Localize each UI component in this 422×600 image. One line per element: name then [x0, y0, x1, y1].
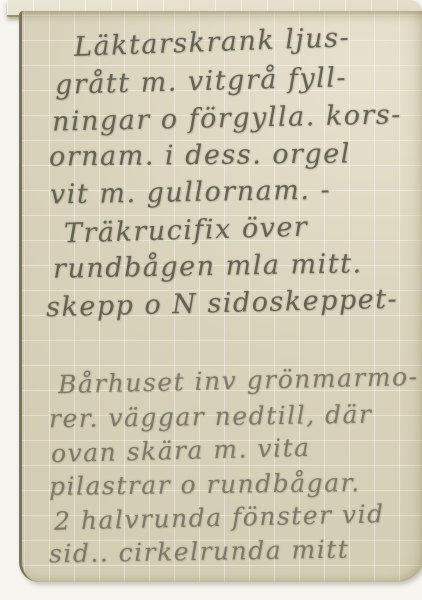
scanned-notebook-photo: Läktarskrank ljus- grått m. vitgrå fyll-… [0, 0, 422, 600]
handwriting-line: 2 halvrunda fönster vid [54, 499, 385, 535]
handwriting-line: Bårhuset inv grönmarmo- [58, 362, 419, 399]
handwriting-line: grått m. vitgrå fyll- [55, 62, 348, 101]
handwriting-line: rer. väggar nedtill, där [49, 400, 373, 434]
handwriting-line: skepp o N sidoskeppet- [46, 284, 399, 324]
handwriting-line: ningar o förgylla. kors- [52, 99, 402, 137]
handwriting-line: ornam. i dess. orgel [49, 138, 351, 172]
handwriting-line: Läktarskrank ljus- [74, 22, 351, 63]
handwriting-line: pilastrar o rundbågar. [49, 468, 361, 501]
notebook-page: Läktarskrank ljus- grått m. vitgrå fyll-… [19, 11, 422, 582]
handwriting-line: sid.. cirkelrunda mitt [49, 535, 350, 569]
handwriting-line: ovan skära m. vita [51, 433, 311, 468]
handwriting-block: Läktarskrank ljus- grått m. vitgrå fyll-… [22, 11, 422, 582]
handwriting-line: Träkrucifix över [64, 212, 309, 250]
handwriting-line: rundbågen mla mitt. [53, 248, 363, 284]
handwriting-line: vit m. gullornam. - [50, 175, 332, 211]
